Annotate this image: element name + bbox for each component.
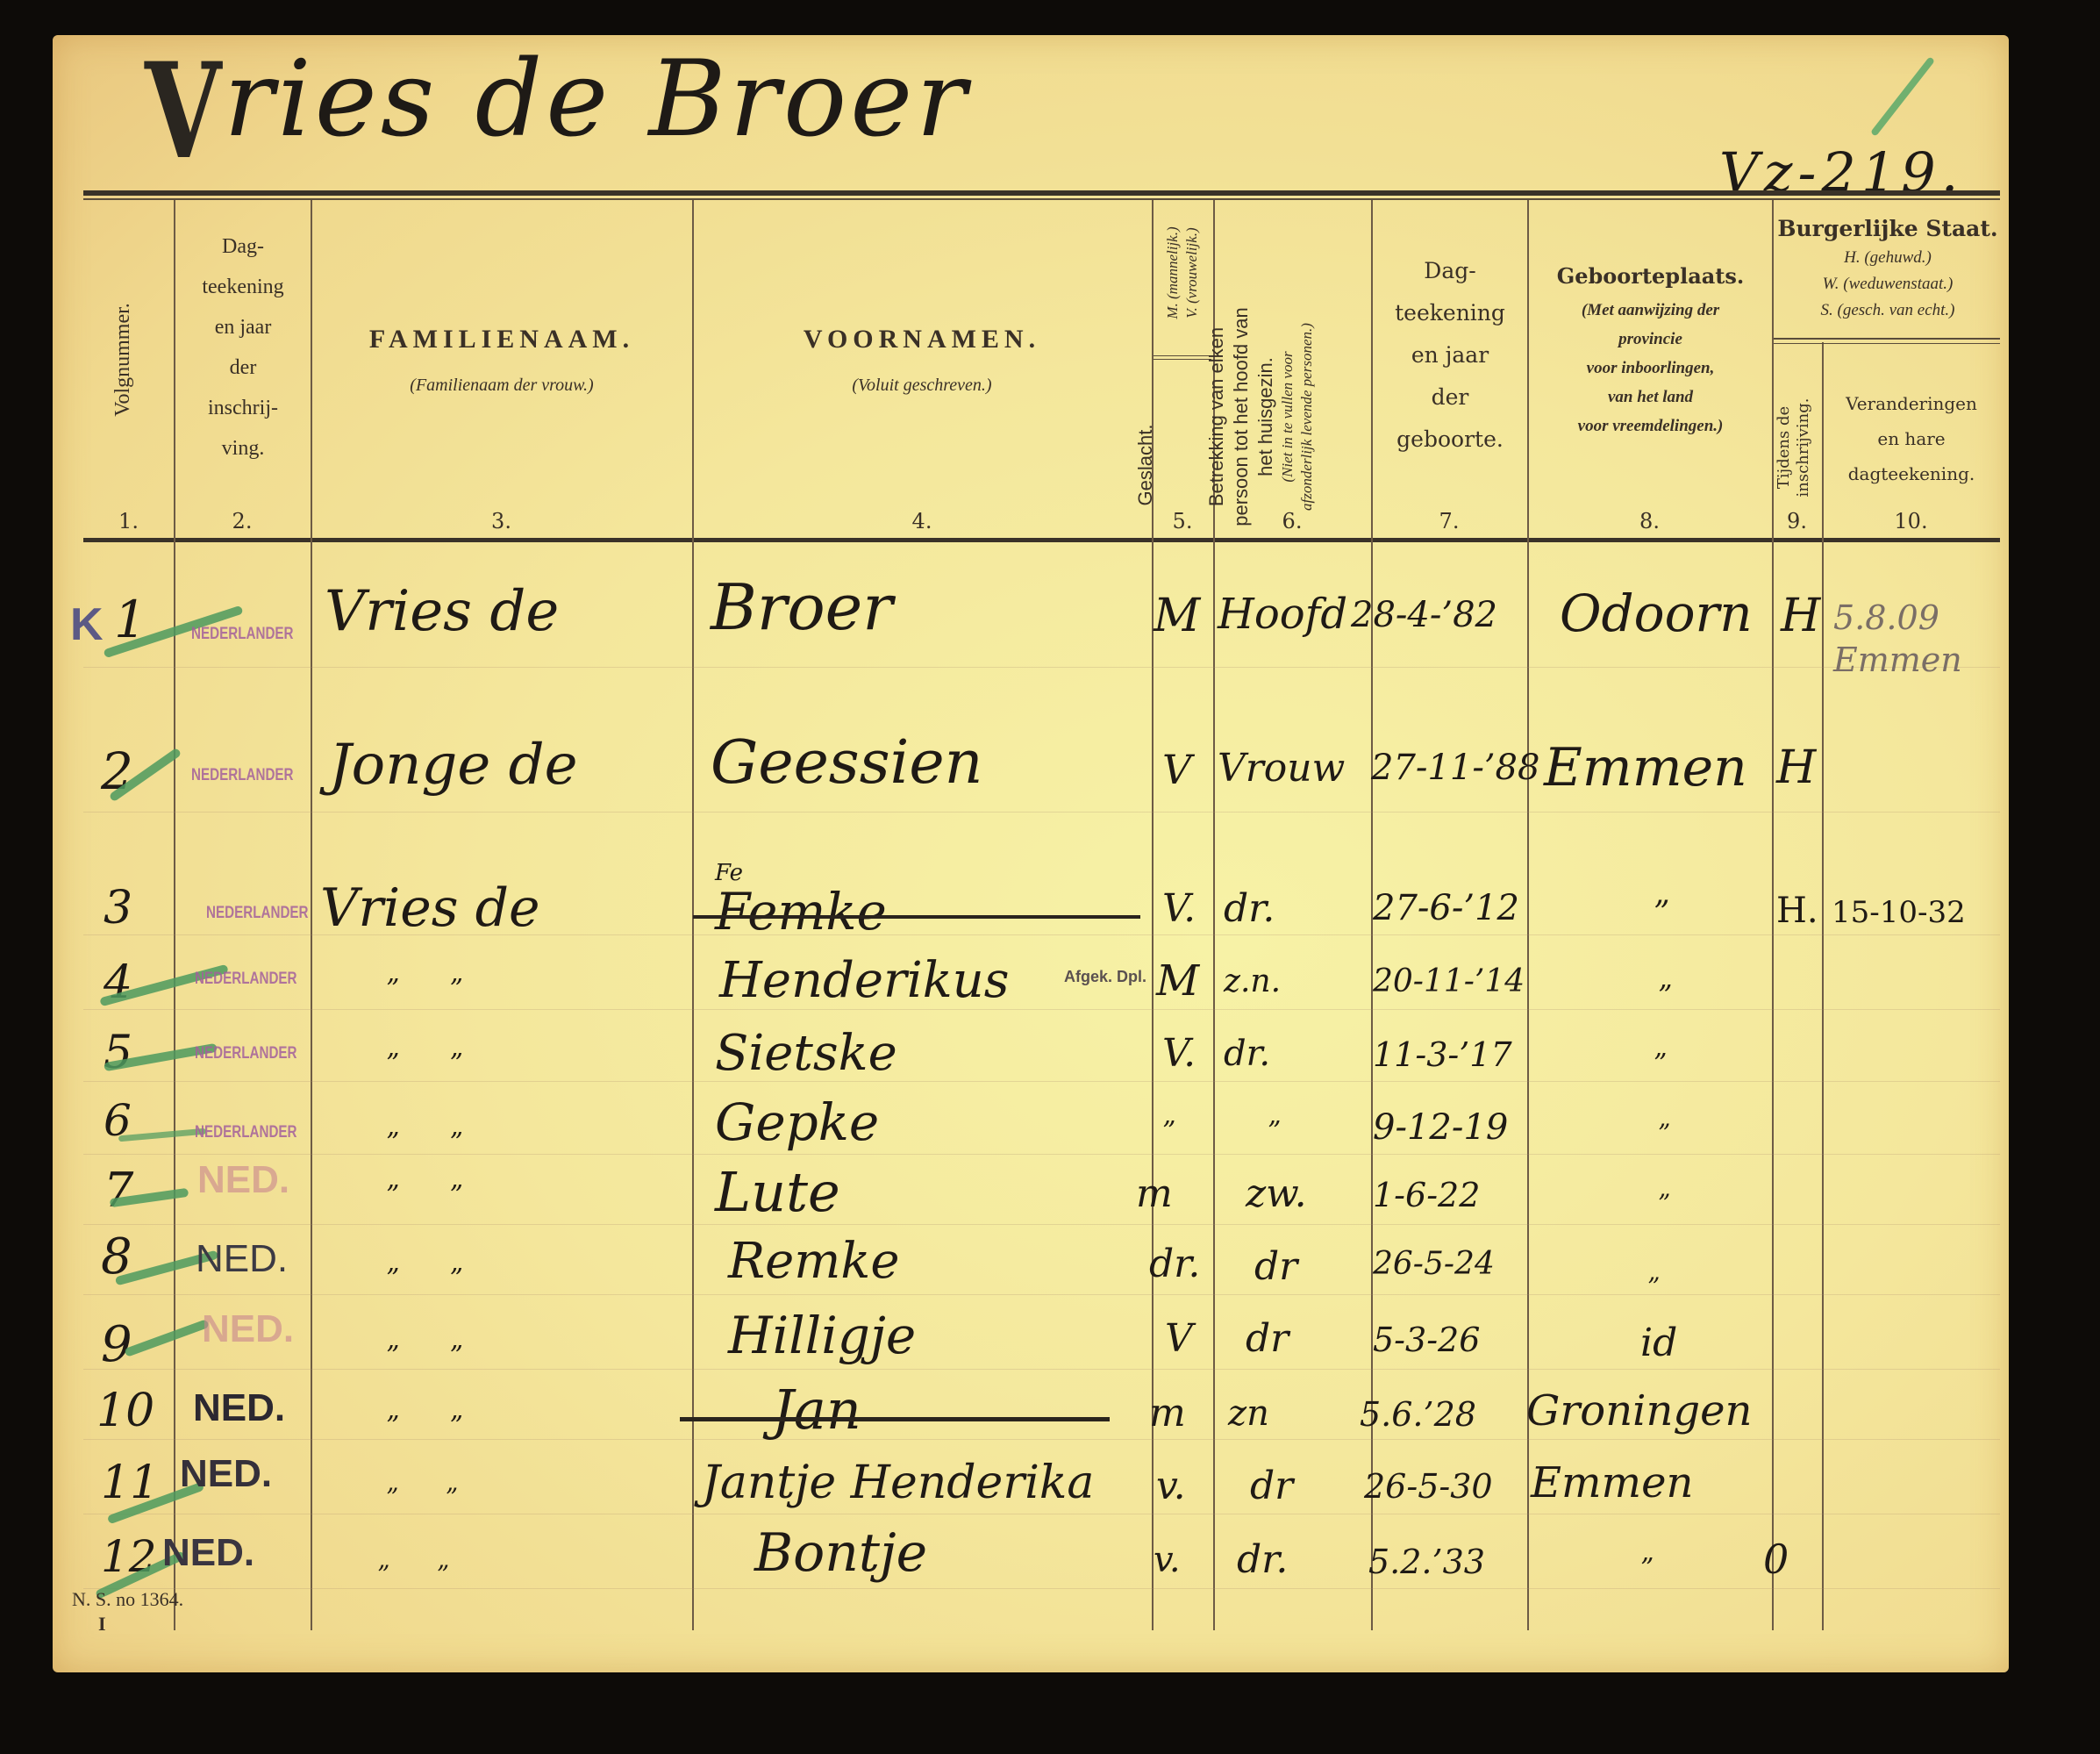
row-9-number: 9	[101, 1316, 132, 1373]
header-line: Veranderingen	[1824, 386, 1999, 421]
form-number-text: N. S. no 1364.	[72, 1588, 183, 1610]
header-line: voor inboorlingen,	[1529, 354, 1772, 383]
header-line: Dag-	[1373, 250, 1527, 292]
row-1-geslacht: M	[1154, 590, 1200, 642]
row-11-geboorteplaats: Emmen	[1531, 1458, 1693, 1507]
col-number-2: 2.	[174, 509, 311, 533]
header-line: en jaar	[1373, 334, 1527, 376]
row-5-betrekking: dr.	[1224, 1034, 1270, 1074]
row-6-nationality-stamp: NEDERLANDER	[195, 1123, 297, 1142]
col-number-8: 8.	[1527, 509, 1772, 533]
row-6-betrekking: ”	[1268, 1116, 1281, 1147]
row-12-geslacht: v.	[1154, 1540, 1181, 1580]
row-3-number: 3	[104, 882, 132, 934]
row-7-betrekking: zw.	[1246, 1171, 1307, 1216]
row-7-geboorteplaats: ”	[1658, 1189, 1670, 1218]
row-3-geboorteplaats: ”	[1654, 895, 1669, 931]
col-divider-9	[1822, 342, 1824, 1630]
header-geboorteplaats: Geboorteplaats. (Met aanwijzing der prov…	[1529, 263, 1772, 440]
row-12-voornamen: Bontje	[754, 1522, 927, 1584]
row-12-familienaam: ” ”	[377, 1560, 449, 1589]
header-volgnummer: Volgnummer.	[110, 272, 136, 447]
header-line: van het land	[1529, 383, 1772, 412]
row-4-familienaam: ” ”	[386, 974, 463, 1005]
header-line: dagteekening.	[1824, 456, 1999, 491]
row-7-familienaam: ” ”	[386, 1180, 463, 1211]
title-handwritten-name: ries de Broer	[224, 42, 970, 158]
row-guide	[83, 1294, 2000, 1295]
row-guide	[83, 1009, 2000, 1010]
header-line: en hare	[1824, 421, 1999, 456]
row-3-nationality-stamp: NEDERLANDER	[206, 904, 309, 923]
top-rule-thick	[83, 190, 2000, 196]
row-7-voornamen: Lute	[715, 1160, 840, 1224]
header-line: inschrijving.	[1794, 386, 1813, 509]
row-10-number: 10	[96, 1385, 154, 1437]
header-staat-w: W. (weduwenstaat.)	[1774, 271, 2002, 297]
form-number: N. S. no 1364.	[72, 1588, 183, 1611]
header-line: teekening	[175, 267, 311, 307]
row-2-burgerlijke-staat: H	[1776, 741, 1816, 794]
row-8-betrekking: dr	[1254, 1244, 1297, 1289]
header-burgerlijke-staat: Burgerlijke Staat. H. (gehuwd.) W. (wedu…	[1774, 216, 2002, 324]
row-5-geboorteplaats: ”	[1654, 1049, 1667, 1079]
header-line: Betrekking van elken	[1204, 233, 1229, 601]
row-8-voornamen: Remke	[728, 1233, 899, 1290]
row-1-geboortedatum: 28-4-’82	[1351, 595, 1497, 635]
row-9-geslacht: V	[1165, 1316, 1193, 1361]
col-number-9: 9.	[1772, 509, 1822, 533]
header-line: het huisgezin.	[1254, 233, 1278, 601]
header-familienaam-sub: (Familienaam der vrouw.)	[312, 376, 691, 396]
row-8-geboorteplaats: ”	[1647, 1272, 1660, 1301]
row-12-geboortedatum: 5.2.’33	[1368, 1543, 1485, 1581]
row-3-betrekking: dr.	[1224, 886, 1275, 931]
col-number-4: 4.	[692, 509, 1152, 533]
row-9-betrekking: dr	[1246, 1316, 1289, 1361]
row-3-voornamen: Femke	[715, 882, 887, 941]
row-guide	[83, 1224, 2000, 1225]
top-rule-thin	[83, 198, 2000, 200]
row-9-geboorteplaats: id	[1640, 1321, 1677, 1365]
row-10-geboortedatum: 5.6.’28	[1360, 1395, 1476, 1434]
row-11-familienaam: ” ”	[386, 1483, 458, 1512]
row-9-nationality-stamp: NED.	[202, 1307, 294, 1351]
row-11-geboortedatum: 26-5-30	[1364, 1467, 1493, 1506]
header-dagteekening-geboorte: Dag- teekening en jaar der geboorte.	[1373, 250, 1527, 461]
header-voornamen-sub: (Voluit geschreven.)	[694, 376, 1150, 396]
row-guide	[83, 1439, 2000, 1440]
row-3-veranderingen: 15-10-32	[1832, 895, 1966, 930]
row-guide	[83, 667, 2000, 668]
header-line: provincie	[1529, 325, 1772, 354]
header-line: persoon tot het hoofd van	[1229, 233, 1254, 601]
header-familienaam: FAMILIENAAM. (Familienaam der vrouw.)	[312, 325, 691, 396]
header-dagteekening-inschrijving: Dag- teekening en jaar der inschrij- vin…	[175, 226, 311, 469]
header-line: voor vreemdelingen.)	[1529, 412, 1772, 440]
row-4-geslacht: M	[1156, 956, 1199, 1006]
row-5-voornamen: Sietske	[715, 1025, 897, 1082]
row-7-number: 7	[104, 1163, 133, 1218]
geslacht-split-rule-2	[1154, 359, 1211, 360]
header-line: en jaar	[175, 307, 311, 347]
header-geslacht-m: M. (mannelijk.)	[1164, 194, 1183, 352]
row-9-voornamen: Hilligje	[728, 1306, 916, 1365]
col-number-10: 10.	[1822, 509, 2000, 533]
row-1-geboorteplaats: Odoorn	[1560, 583, 1753, 643]
row-4-betrekking: z.n.	[1224, 963, 1281, 999]
col-divider-8	[1772, 200, 1774, 1630]
row-4-voornamen: Henderikus	[719, 952, 1009, 1009]
row-2-geboorteplaats: Emmen	[1544, 737, 1747, 798]
header-geboorteplaats-sub: (Met aanwijzing der provincie voor inboo…	[1529, 296, 1772, 440]
row-2-nationality-stamp: NEDERLANDER	[191, 766, 294, 785]
row-10-betrekking: zn	[1228, 1393, 1269, 1434]
row-6-geslacht: ”	[1162, 1116, 1175, 1147]
row-9-geboortedatum: 5-3-26	[1373, 1321, 1480, 1359]
row-6-familienaam: ” ”	[386, 1128, 463, 1158]
header-familienaam-title: FAMILIENAAM.	[312, 325, 691, 354]
row-3-familienaam: Vries de	[320, 877, 540, 939]
row-10-nationality-stamp: NED.	[193, 1386, 285, 1430]
row-8-nationality-stamp: NED.	[196, 1237, 288, 1281]
row-guide	[83, 812, 2000, 813]
header-tijdens-inschrijving: Tijdens de inschrijving.	[1775, 386, 1818, 509]
row-1-voornamen: Broer	[711, 570, 893, 644]
col-number-7: 7.	[1371, 509, 1527, 533]
row-3-geslacht: V.	[1162, 886, 1196, 931]
row-11-nationality-stamp: NED.	[180, 1452, 272, 1496]
row-6-voornamen: Gepke	[715, 1092, 879, 1152]
row-12-geboorteplaats: ”	[1640, 1553, 1654, 1584]
header-line: (Met aanwijzing der	[1529, 296, 1772, 325]
row-5-geboortedatum: 11-3-’17	[1373, 1035, 1512, 1074]
strikethrough-line	[693, 915, 1140, 919]
row-10-familienaam: ” ”	[386, 1411, 463, 1442]
strikethrough-line	[680, 1417, 1110, 1421]
row-1-familienaam: Vries de	[325, 579, 559, 644]
row-8-geslacht: dr.	[1149, 1242, 1200, 1286]
row-8-familienaam: ” ”	[386, 1264, 463, 1294]
row-2-geboortedatum: 27-11-’88	[1371, 748, 1539, 788]
row-1-veranderingen: 5.8.09 Emmen	[1833, 597, 1991, 681]
header-line: (Niet in te vullen voor	[1278, 233, 1297, 601]
row-4-geboortedatum: 20-11-’14	[1373, 963, 1525, 999]
col-divider-2	[311, 200, 312, 1630]
header-bottom-rule	[83, 538, 2000, 542]
row-8-geboortedatum: 26-5-24	[1373, 1246, 1495, 1282]
row-11-betrekking: dr	[1250, 1464, 1293, 1508]
row-1-nationality-stamp: NEDERLANDER	[191, 625, 294, 644]
row-3-geboortedatum: 27-6-’12	[1373, 888, 1519, 928]
row-11-geslacht: v.	[1156, 1464, 1186, 1508]
col-number-6: 6.	[1213, 509, 1371, 533]
row-5-number: 5	[104, 1027, 132, 1079]
row-5-nationality-stamp: NEDERLANDER	[195, 1044, 297, 1063]
title-printed-initial: V	[145, 46, 221, 177]
header-veranderingen: Veranderingen en hare dagteekening.	[1824, 386, 1999, 491]
row-12-burgerlijke-staat: 0	[1763, 1536, 1789, 1583]
header-staat-h: H. (gehuwd.)	[1774, 245, 2002, 271]
row-guide	[83, 1081, 2000, 1082]
row-2-betrekking: Vrouw	[1218, 746, 1345, 791]
row-7-geslacht: m	[1136, 1171, 1173, 1216]
row-4-geboorteplaats: ”	[1658, 978, 1672, 1012]
header-line: Tijdens de	[1775, 386, 1794, 509]
header-staat-title: Burgerlijke Staat.	[1774, 216, 2002, 241]
row-10-voornamen: Jan	[772, 1378, 861, 1442]
row-guide	[83, 1514, 2000, 1514]
row-11-voornamen: Jantje Henderika	[702, 1457, 1094, 1509]
k-mark: K	[70, 598, 104, 651]
header-betrekking: Betrekking van elken persoon tot het hoo…	[1204, 233, 1345, 601]
header-line: ving.	[175, 428, 311, 469]
col-number-5: 5.	[1152, 509, 1213, 533]
header-line: der	[1373, 376, 1527, 419]
row-7-geboortedatum: 1-6-22	[1373, 1176, 1480, 1214]
col-number-3: 3.	[311, 509, 692, 533]
row-10-geslacht: m	[1149, 1391, 1186, 1435]
row-4-nationality-stamp: NEDERLANDER	[195, 970, 297, 989]
row-1-burgerlijke-staat: H	[1781, 590, 1820, 642]
row-1-betrekking: Hoofd	[1218, 590, 1347, 639]
row-2-familienaam: Jonge de	[329, 733, 577, 798]
header-voornamen: VOORNAMEN. (Voluit geschreven.)	[694, 325, 1150, 396]
col-number-1: 1.	[83, 509, 174, 533]
staat-split-rule-2	[1774, 343, 2000, 344]
header-voornamen-title: VOORNAMEN.	[694, 325, 1150, 354]
row-7-nationality-stamp: NED.	[197, 1158, 289, 1202]
row-12-nationality-stamp: NED.	[162, 1531, 254, 1575]
staat-split-rule	[1774, 338, 2000, 340]
header-line: der	[175, 347, 311, 388]
row-5-geslacht: V.	[1162, 1031, 1196, 1076]
row-2-geslacht: V	[1162, 746, 1191, 793]
row-2-voornamen: Geessien	[711, 728, 982, 798]
row-12-betrekking: dr.	[1237, 1537, 1288, 1582]
form-sub-number: I	[98, 1613, 106, 1636]
header-line: afzonderlijk levende personen.)	[1297, 233, 1317, 601]
header-staat-s: S. (gesch. van echt.)	[1774, 297, 2002, 324]
header-geslacht-v: V. (vrouwelijk.)	[1183, 194, 1203, 352]
geslacht-split-rule	[1154, 355, 1211, 356]
row-4-annotation-stamp: Afgek. Dpl.	[1064, 968, 1146, 986]
row-guide	[83, 1369, 2000, 1370]
row-5-familienaam: ” ”	[386, 1049, 463, 1079]
row-6-geboortedatum: 9-12-19	[1373, 1107, 1508, 1148]
row-guide	[83, 1154, 2000, 1155]
header-line: teekening	[1373, 292, 1527, 334]
row-9-familienaam: ” ”	[386, 1341, 463, 1371]
row-guide	[83, 1588, 2000, 1589]
header-line: geboorte.	[1373, 419, 1527, 461]
row-3-burgerlijke-staat: H.	[1776, 891, 1818, 931]
row-6-geboorteplaats: ”	[1658, 1119, 1670, 1148]
header-line: inschrij-	[175, 388, 311, 428]
header-line: Dag-	[175, 226, 311, 267]
header-geboorteplaats-title: Geboorteplaats.	[1529, 263, 1772, 289]
row-10-geboorteplaats: Groningen	[1526, 1386, 1752, 1435]
